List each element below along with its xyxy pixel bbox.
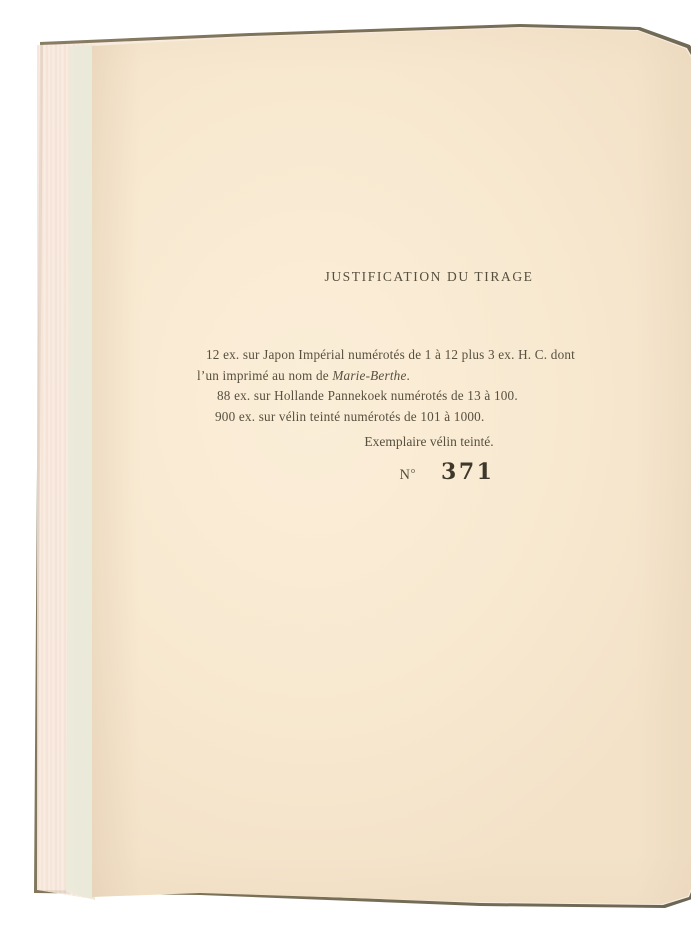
edition-line-hollande: 88 ex. sur Hollande Pannekoek numérotés … [197,386,661,407]
colophon: JUSTIFICATION DU TIRAGE 12 ex. sur Japon… [197,269,661,485]
edition-line2-suffix: . [407,368,411,383]
numero-label: No [400,467,415,483]
copy-number-stamp: 371 [441,459,494,485]
edition-line2-prefix: l’un imprimé au nom de [197,368,332,383]
book-photo: JUSTIFICATION DU TIRAGE 12 ex. sur Japon… [0,0,691,950]
edition-line-japon: 12 ex. sur Japon Impérial numérotés de 1… [197,345,661,366]
colophon-heading: JUSTIFICATION DU TIRAGE [197,269,661,285]
copy-number-row: No371 [215,459,679,485]
numero-superscript: o [411,466,415,475]
edition-statement: 12 ex. sur Japon Impérial numérotés de 1… [197,345,661,427]
numero-letter: N [400,467,410,483]
book-page: JUSTIFICATION DU TIRAGE 12 ex. sur Japon… [0,0,691,950]
copy-statement: Exemplaire vélin teinté. [197,432,661,452]
edition-line2-name: Marie-Berthe [332,368,406,383]
edition-line-velin: 900 ex. sur vélin teinté numérotés de 10… [197,407,661,428]
edition-line-marie-berthe: l’un imprimé au nom de Marie-Berthe. [197,366,661,387]
